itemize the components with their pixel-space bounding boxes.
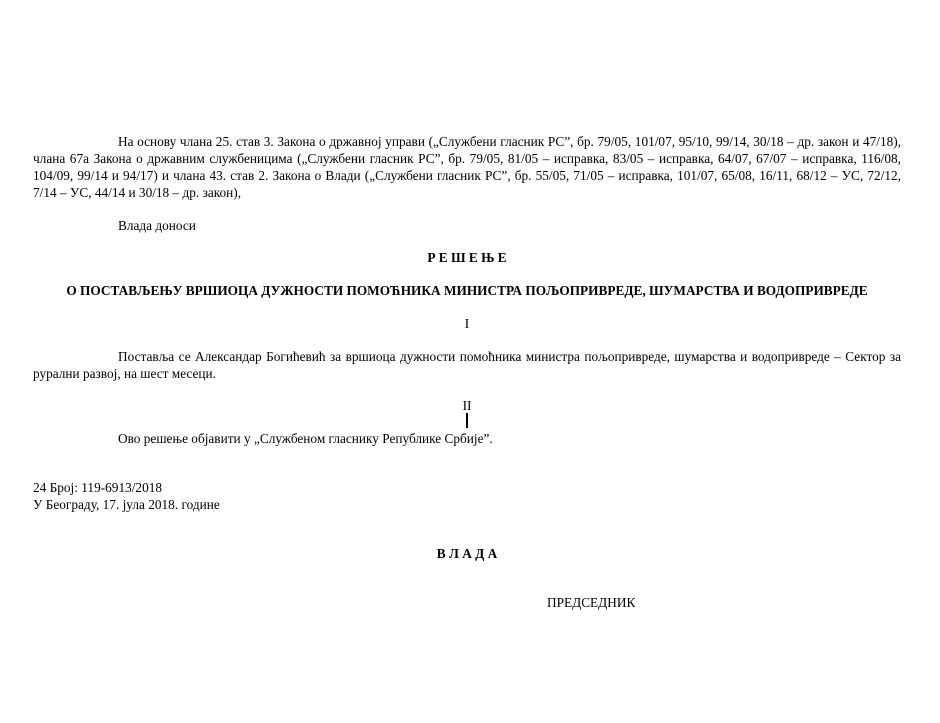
text-cursor xyxy=(466,413,468,428)
decision-title[interactable]: Р Е Ш Е Њ Е xyxy=(33,249,901,266)
decision-subtitle[interactable]: О ПОСТАВЉЕЊУ ВРШИОЦА ДУЖНОСТИ ПОМОЋНИКА … xyxy=(33,282,901,299)
section-2-number[interactable]: II xyxy=(33,397,901,414)
section-1-text[interactable]: Поставља се Александар Богићевић за врши… xyxy=(33,348,901,382)
signature-title[interactable]: ПРЕДСЕДНИК xyxy=(547,594,747,611)
section-2-text[interactable]: Ово решење објавити у „Службеном гласник… xyxy=(33,430,901,447)
signature-body[interactable]: В Л А Д А xyxy=(33,545,901,562)
preamble-paragraph[interactable]: На основу члана 25. став 3. Закона о држ… xyxy=(33,133,901,201)
issuer-line[interactable]: Влада доноси xyxy=(33,217,901,234)
place-and-date[interactable]: У Београду, 17. јула 2018. године xyxy=(33,496,901,513)
reference-number[interactable]: 24 Број: 119-6913/2018 xyxy=(33,479,901,496)
section-1-number[interactable]: I xyxy=(33,315,901,332)
